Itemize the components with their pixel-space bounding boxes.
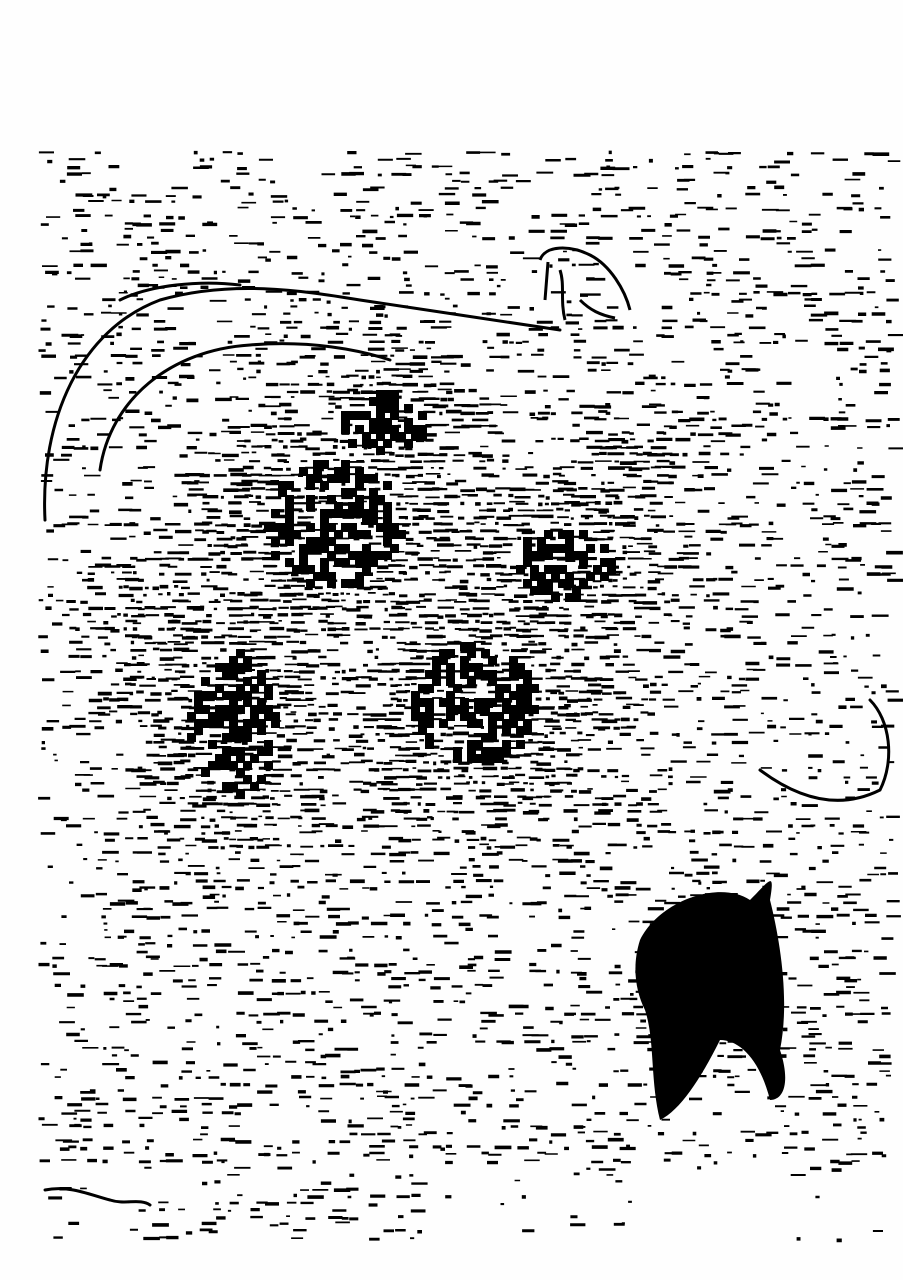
ink-drawing [0,0,903,1280]
artwork-sheet: Abstract black-and-white ink drawing of … [0,0,903,1280]
